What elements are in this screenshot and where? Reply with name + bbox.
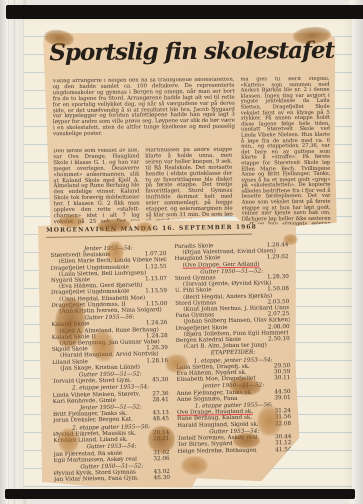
tape-stain — [58, 215, 84, 228]
result-name: Anne Sognnæs, Fana — [177, 396, 238, 403]
album-frame-top — [6, 5, 363, 19]
result-row: Helge Nedrebø, Rothaugen41.54 — [177, 447, 291, 455]
tape-stain — [181, 456, 208, 475]
tape-stain — [283, 234, 298, 245]
result-time: 45.30 — [149, 377, 168, 384]
article-column-b: Martinussen på andre etappe klarte å hol… — [145, 148, 233, 227]
result-time: 1.29.02 — [264, 255, 289, 262]
clipping-article: Sportslig fin skolestafett Viking arrang… — [43, 31, 337, 234]
result-name: Torvald Gjerde, Stord Gym. — [52, 378, 131, 385]
article-column-c: må gies til Berit Hegdal, «Katten» som s… — [241, 77, 331, 228]
article-intro: Viking arrangerte i helgen den nå så tra… — [53, 78, 236, 146]
result-time: 39.01 — [271, 395, 290, 402]
result-name: Jorun Dreksler, Bergen Kat. — [53, 417, 133, 424]
result-time: 32.06 — [150, 456, 169, 463]
result-name: Jan Vidar Nielsen, Fana Gym. — [54, 476, 139, 484]
tape-stain — [107, 241, 124, 263]
result-time: 30.11 — [271, 375, 290, 382]
tape-stain — [257, 406, 282, 436]
result-time: 1.50.08 — [264, 287, 289, 294]
result-name: Egil Martinussen, Askøy real — [54, 456, 137, 464]
article-headline: Sportslig fin skolestafett — [49, 37, 333, 66]
result-time: 1.24.26 — [143, 320, 168, 327]
scrapbook-scan: Sportslig fin skolestafett Viking arrang… — [0, 0, 363, 504]
result-row: Jan Vidar Nielsen, Fana Gym.46.30 — [54, 475, 170, 483]
tape-stain — [58, 428, 79, 453]
result-time: 28.41 — [149, 397, 168, 404]
result-time: 1.13.07 — [142, 276, 167, 283]
book-page-edges — [0, 0, 26, 504]
result-name: Harald Haugland, Skjold sk. — [177, 421, 259, 428]
result-time: 1.13.59 — [142, 288, 167, 295]
result-time: 48.45 — [150, 416, 169, 423]
result-time: 2.50.10 — [265, 336, 290, 343]
result-time: 46.30 — [151, 475, 170, 482]
result-time: 1.12.55 — [142, 264, 167, 271]
result-name: Kari Rønhovde, Gimle — [53, 398, 116, 405]
result-name: Helge Nedrebø, Rothaugen — [177, 447, 256, 454]
tape-stain — [165, 354, 188, 373]
results-right-column: Paradis Skole1.28.44(Ørjan Valestrand, E… — [174, 242, 292, 482]
tape-stain — [233, 433, 260, 448]
tape-stain — [136, 222, 153, 232]
album-frame-bottom — [5, 489, 355, 499]
